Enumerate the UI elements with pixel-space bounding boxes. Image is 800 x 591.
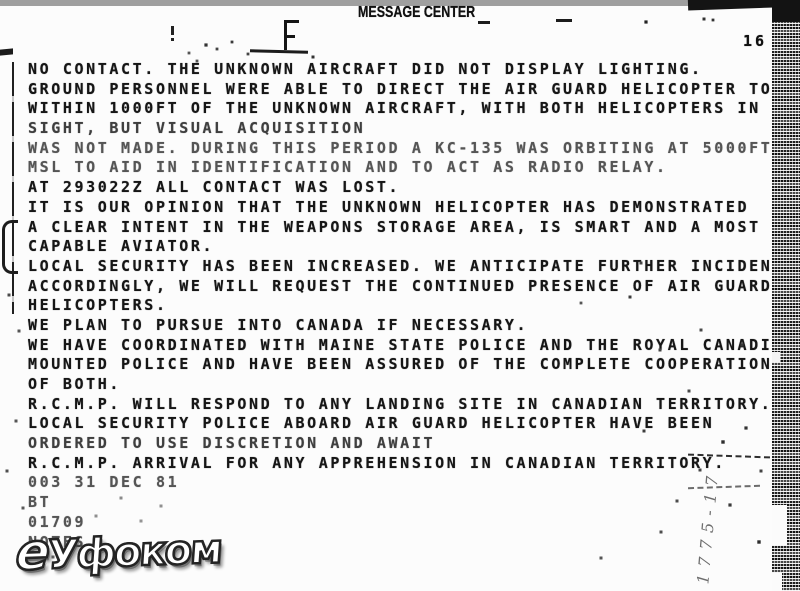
- page-number: 16: [743, 32, 767, 50]
- document-line: AT 293022Z ALL CONTACT WAS LOST.: [28, 178, 788, 198]
- document-line: 003 31 DEC 81: [28, 473, 788, 493]
- document-line: BT: [28, 493, 788, 513]
- document-line: LOCAL SECURITY HAS BEEN INCREASED. WE AN…: [28, 257, 788, 277]
- document-line: WE HAVE COORDINATED WITH MAINE STATE POL…: [28, 336, 788, 356]
- watermark: eУфоком: [14, 516, 223, 581]
- document-line: HELICOPTERS.: [28, 296, 788, 316]
- document-line: CAPABLE AVIATOR.: [28, 237, 788, 257]
- scanned-document-page: MESSAGE CENTER 16 NO CONTACT. THE UNKNOW…: [0, 0, 800, 591]
- scan-bracket-mark: [2, 220, 18, 274]
- document-line: OF BOTH.: [28, 375, 788, 395]
- document-text: NO CONTACT. THE UNKNOWN AIRCRAFT DID NOT…: [28, 60, 788, 552]
- document-line: WITHIN 1000FT OF THE UNKNOWN AIRCRAFT, W…: [28, 99, 788, 119]
- document-line: R.C.M.P. ARRIVAL FOR ANY APPREHENSION IN…: [28, 454, 788, 474]
- document-line: MSL TO AID IN IDENTIFICATION AND TO ACT …: [28, 158, 788, 178]
- document-line: A CLEAR INTENT IN THE WEAPONS STORAGE AR…: [28, 218, 788, 238]
- scan-strip-gap: [772, 573, 782, 591]
- scan-top-edge-dark: [688, 0, 774, 10]
- document-line: R.C.M.P. WILL RESPOND TO ANY LANDING SIT…: [28, 395, 788, 415]
- scan-edge-mark: [0, 48, 13, 55]
- scan-speck-mark: [171, 26, 174, 35]
- document-line: WAS NOT MADE. DURING THIS PERIOD A KC-13…: [28, 139, 788, 159]
- document-line: ACCORDINGLY, WE WILL REQUEST THE CONTINU…: [28, 277, 788, 297]
- document-line: ORDERED TO USE DISCRETION AND AWAIT: [28, 434, 788, 454]
- document-line: MOUNTED POLICE AND HAVE BEEN ASSURED OF …: [28, 355, 788, 375]
- document-line: SIGHT, BUT VISUAL ACQUISITION: [28, 119, 788, 139]
- scan-left-edge-line: [12, 62, 14, 314]
- scan-dash-mark: [556, 19, 572, 22]
- scan-dash-mark: [250, 49, 308, 54]
- document-line: LOCAL SECURITY POLICE ABOARD AIR GUARD H…: [28, 414, 788, 434]
- scan-noise-specks: [0, 0, 2, 2]
- scan-dash-mark: [478, 21, 490, 24]
- scan-bracket-mark: [284, 20, 299, 50]
- document-line: NO CONTACT. THE UNKNOWN AIRCRAFT DID NOT…: [28, 60, 788, 80]
- scan-strip-corner: [772, 0, 800, 22]
- document-line: IT IS OUR OPINION THAT THE UNKNOWN HELIC…: [28, 198, 788, 218]
- page-title: MESSAGE CENTER: [358, 3, 464, 21]
- document-line: WE PLAN TO PURSUE INTO CANADA IF NECESSA…: [28, 316, 788, 336]
- document-line: GROUND PERSONNEL WERE ABLE TO DIRECT THE…: [28, 80, 788, 100]
